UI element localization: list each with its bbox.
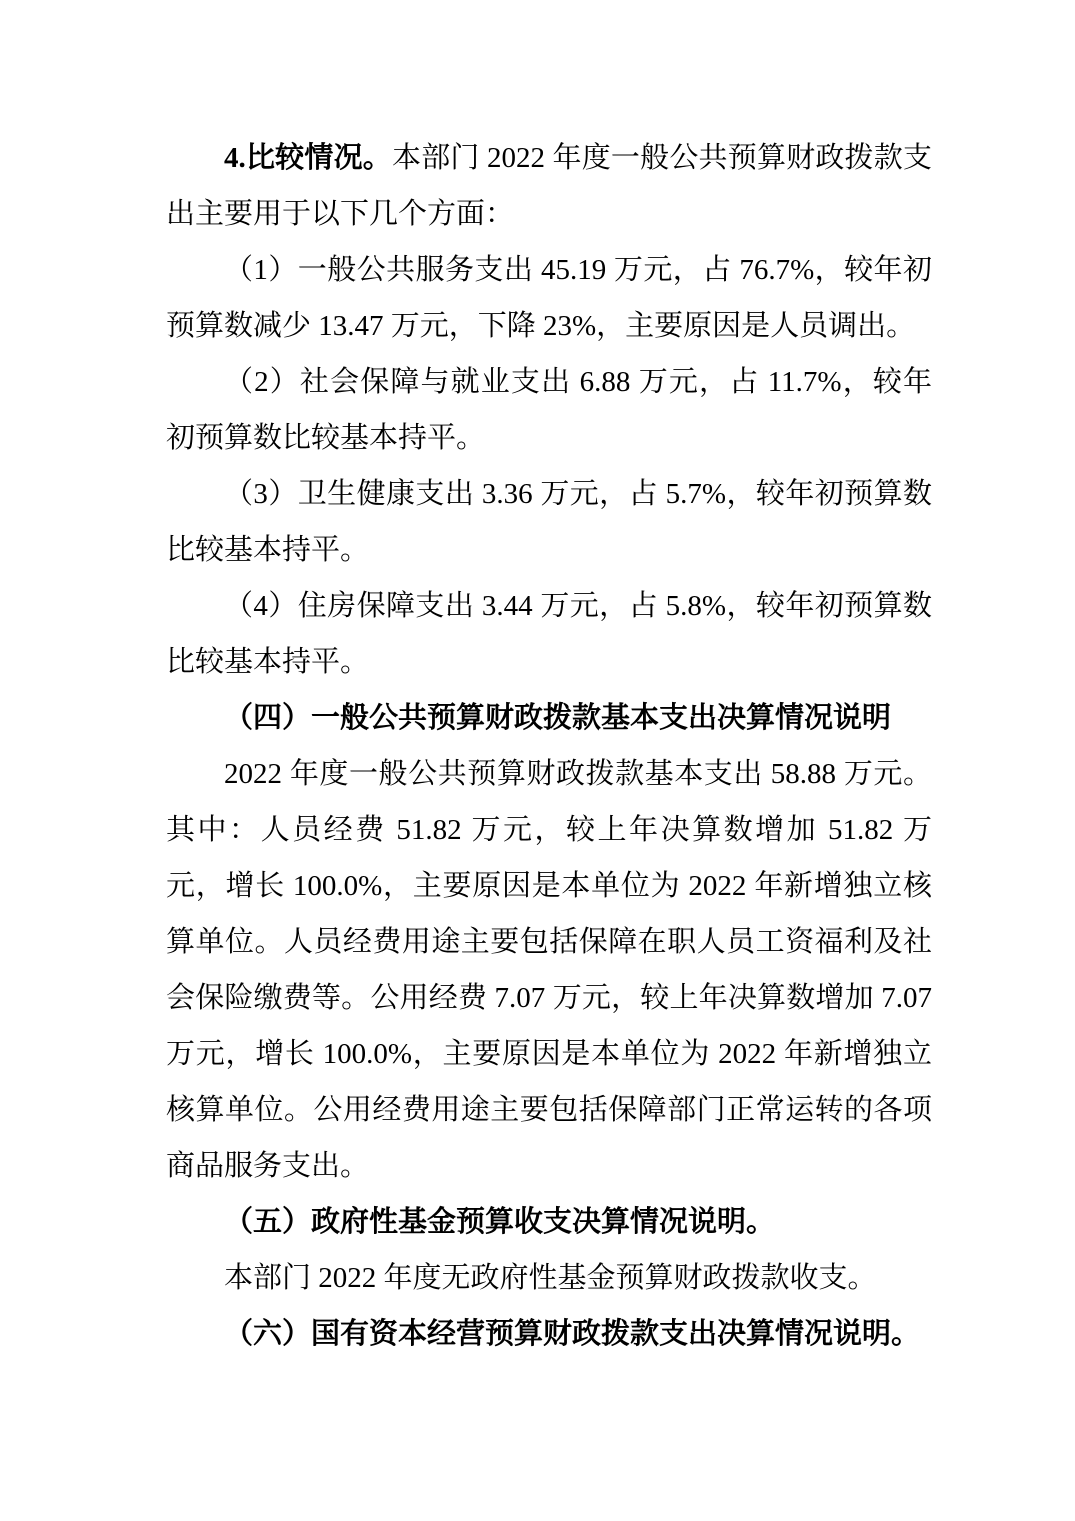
section-heading: （六）国有资本经营预算财政拨款支出决算情况说明。 — [166, 1306, 932, 1362]
document-body: 4.比较情况。本部门 2022 年度一般公共预算财政拨款支出主要用于以下几个方面… — [166, 130, 932, 1362]
section-heading: （四）一般公共预算财政拨款基本支出决算情况说明 — [166, 690, 932, 746]
body-paragraph: （2）社会保障与就业支出 6.88 万元，占 11.7%，较年初预算数比较基本持… — [166, 354, 932, 466]
paragraph-text: （2）社会保障与就业支出 6.88 万元，占 11.7%，较年初预算数比较基本持… — [166, 366, 932, 454]
body-paragraph: 2022 年度一般公共预算财政拨款基本支出 58.88 万元。其中：人员经费 5… — [166, 746, 932, 1194]
paragraph-text: （四）一般公共预算财政拨款基本支出决算情况说明 — [224, 702, 891, 734]
paragraph-text: （1）一般公共服务支出 45.19 万元，占 76.7%，较年初预算数减少 13… — [166, 254, 932, 342]
section-heading: （五）政府性基金预算收支决算情况说明。 — [166, 1194, 932, 1250]
paragraph-lead-bold: 4.比较情况。 — [224, 142, 392, 174]
body-paragraph: 本部门 2022 年度无政府性基金预算财政拨款收支。 — [166, 1250, 932, 1306]
paragraph-text: 2022 年度一般公共预算财政拨款基本支出 58.88 万元。其中：人员经费 5… — [166, 758, 932, 1182]
paragraph-text: 本部门 2022 年度无政府性基金预算财政拨款收支。 — [224, 1262, 877, 1294]
body-paragraph: （4）住房保障支出 3.44 万元，占 5.8%，较年初预算数比较基本持平。 — [166, 578, 932, 690]
body-paragraph: （1）一般公共服务支出 45.19 万元，占 76.7%，较年初预算数减少 13… — [166, 242, 932, 354]
paragraph-text: （4）住房保障支出 3.44 万元，占 5.8%，较年初预算数比较基本持平。 — [166, 590, 932, 678]
paragraph-text: （五）政府性基金预算收支决算情况说明。 — [224, 1206, 775, 1238]
body-paragraph: （3）卫生健康支出 3.36 万元，占 5.7%，较年初预算数比较基本持平。 — [166, 466, 932, 578]
document-page: 4.比较情况。本部门 2022 年度一般公共预算财政拨款支出主要用于以下几个方面… — [0, 0, 1075, 1521]
body-paragraph: 4.比较情况。本部门 2022 年度一般公共预算财政拨款支出主要用于以下几个方面… — [166, 130, 932, 242]
paragraph-text: （3）卫生健康支出 3.36 万元，占 5.7%，较年初预算数比较基本持平。 — [166, 478, 932, 566]
paragraph-text: （六）国有资本经营预算财政拨款支出决算情况说明。 — [224, 1318, 920, 1350]
